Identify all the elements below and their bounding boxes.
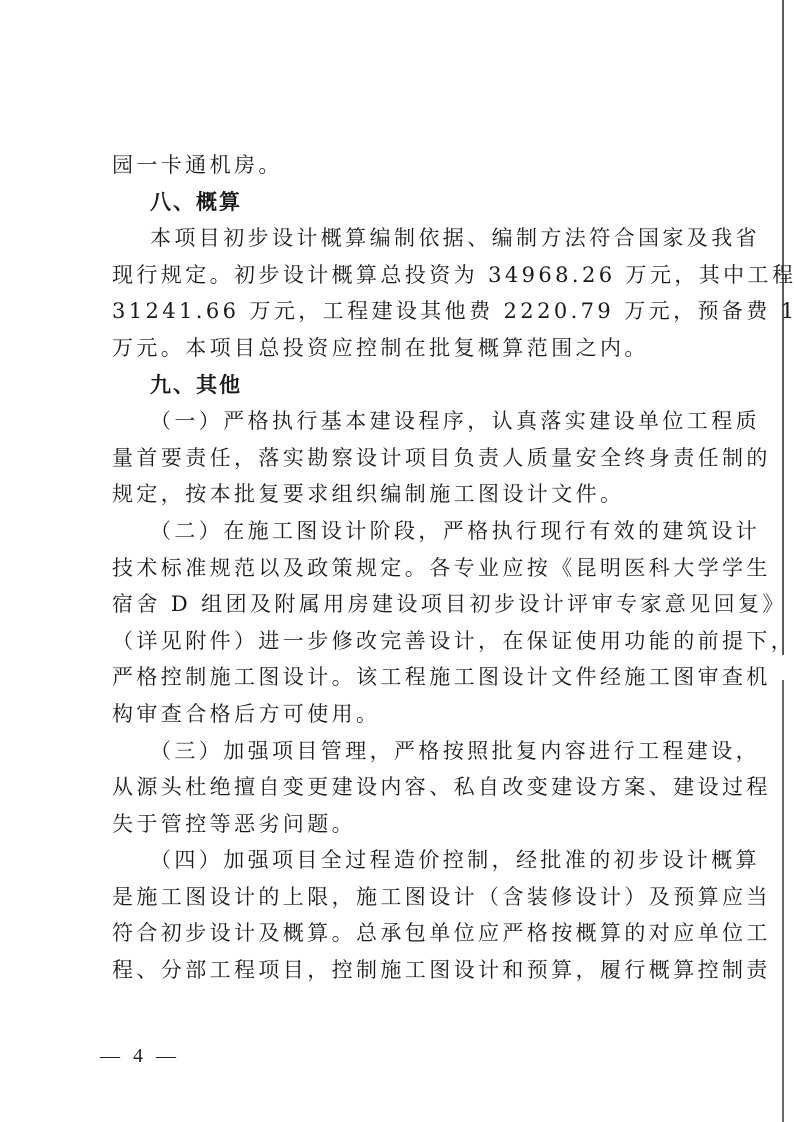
paragraph-line: （四）加强项目全过程造价控制，经批准的初步设计概算 [112, 842, 682, 879]
scan-edge-line [782, 0, 784, 655]
paragraph-line: 本项目初步设计概算编制依据、编制方法符合国家及我省 [112, 220, 682, 257]
paragraph-line: 万元。本项目总投资应控制在批复概算范围之内。 [112, 330, 682, 367]
paragraph-line: 符合初步设计及概算。总承包单位应严格按概算的对应单位工 [112, 915, 682, 952]
paragraph-line: 失于管控等恶劣问题。 [112, 806, 682, 843]
paragraph-line: （详见附件）进一步修改完善设计，在保证使用功能的前提下， [112, 623, 682, 660]
paragraph-line: 严格控制施工图设计。该工程施工图设计文件经施工图审查机 [112, 659, 682, 696]
paragraph-line: （三）加强项目管理，严格按照批复内容进行工程建设， [112, 733, 682, 770]
paragraph-line: 规定，按本批复要求组织编制施工图设计文件。 [112, 476, 682, 513]
section-heading-other: 九、其他 [112, 367, 682, 404]
document-body: 园一卡通机房。 八、概算 本项目初步设计概算编制依据、编制方法符合国家及我省 现… [112, 147, 682, 989]
paragraph-line: 程、分部工程项目，控制施工图设计和预算，履行概算控制责 [112, 952, 682, 989]
scan-edge-line [782, 680, 784, 1122]
paragraph-line: （一）严格执行基本建设程序，认真落实建设单位工程质 [112, 403, 682, 440]
paragraph-line: 是施工图设计的上限，施工图设计（含装修设计）及预算应当 [112, 879, 682, 916]
section-heading-budget: 八、概算 [112, 184, 682, 221]
paragraph-line: 园一卡通机房。 [112, 147, 682, 184]
page-number: — 4 — [100, 1045, 180, 1068]
paragraph-line: 技术标准规范以及政策规定。各专业应按《昆明医科大学学生 [112, 550, 682, 587]
paragraph-line: 现行规定。初步设计概算总投资为 34968.26 万元，其中工程费 [112, 257, 682, 294]
paragraph-line: 31241.66 万元，工程建设其他费 2220.79 万元，预备费 1505.… [112, 293, 682, 330]
paragraph-line: 量首要责任，落实勘察设计项目负责人质量安全终身责任制的 [112, 440, 682, 477]
paragraph-line: 从源头杜绝擅自变更建设内容、私自改变建设方案、建设过程 [112, 769, 682, 806]
document-page: 园一卡通机房。 八、概算 本项目初步设计概算编制依据、编制方法符合国家及我省 现… [0, 0, 794, 1122]
paragraph-line: 宿舍 D 组团及附属用房建设项目初步设计评审专家意见回复》 [112, 586, 682, 623]
paragraph-line: 构审查合格后方可使用。 [112, 696, 682, 733]
paragraph-line: （二）在施工图设计阶段，严格执行现行有效的建筑设计 [112, 513, 682, 550]
